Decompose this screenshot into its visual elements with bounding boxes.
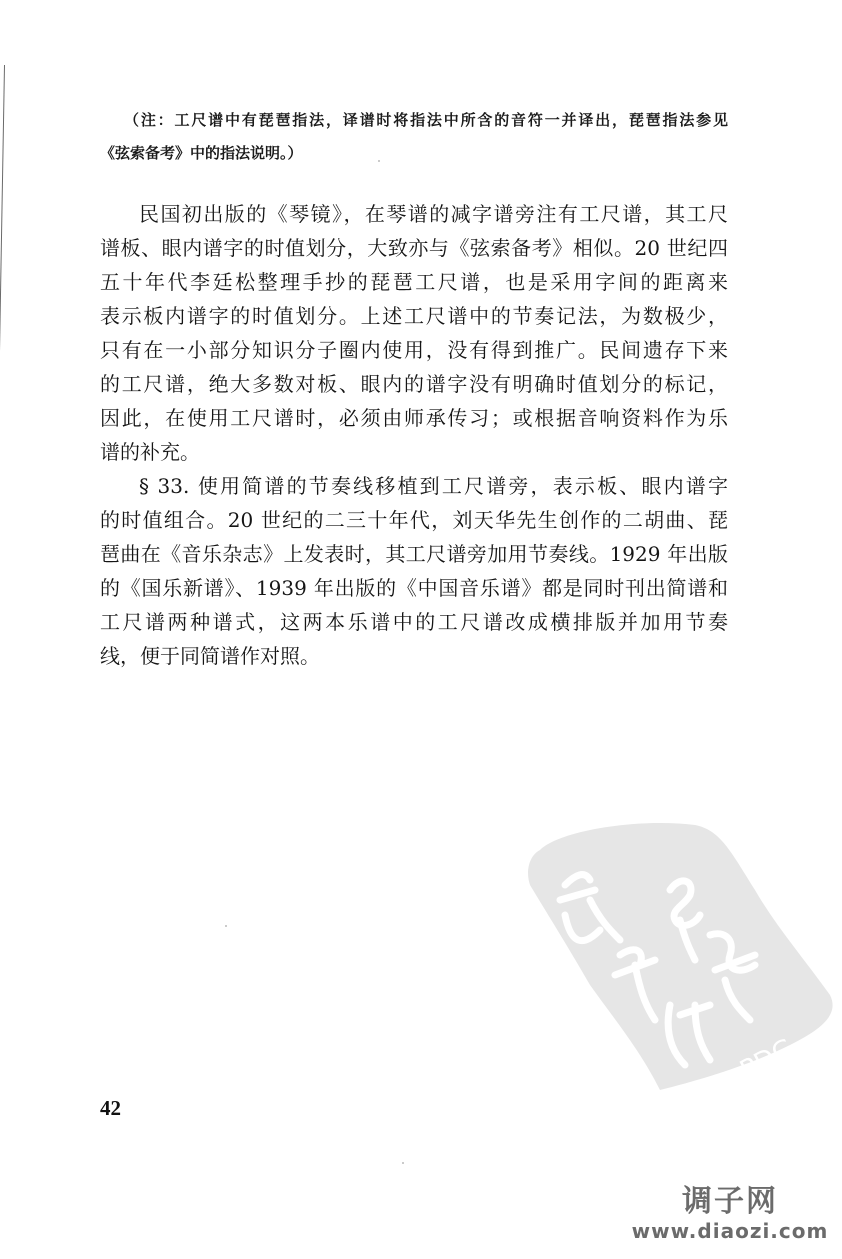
page-number: 42 [100,1096,121,1121]
page-binding-edge [0,65,5,390]
library-seal-stamp: PDG [520,790,842,1090]
text-line: 民国初出版的《琴镜》，在琴谱的减字谱旁注有工尺谱，其工尺 [100,197,728,231]
text-line: 的《国乐新谱》、1939 年出版的《中国音乐谱》都是同时刊出简谱和 [100,571,728,605]
footnote: （注：工尺谱中有琵琶指法，译谱时将指法中所含的音符一并译出，琵琶指法参见 《弦索… [100,104,728,170]
text-line: 工尺谱两种谱式，这两本乐谱中的工尺谱改成横排版并加用节奏 [100,605,728,639]
scan-artifact [402,1162,404,1164]
paragraph: 民国初出版的《琴镜》，在琴谱的减字谱旁注有工尺谱，其工尺 谱板、眼内谱字的时值划… [100,197,728,469]
text-line: 表示板内谱字的时值划分。上述工尺谱中的节奏记法，为数极少， [100,299,728,333]
body-text: 民国初出版的《琴镜》，在琴谱的减字谱旁注有工尺谱，其工尺 谱板、眼内谱字的时值划… [100,197,728,673]
scan-artifact [225,925,227,927]
site-watermark: 调子网 www.diaozi.com [630,1185,830,1243]
text-line: 谱的补充。 [100,435,728,469]
footnote-line: （注：工尺谱中有琵琶指法，译谱时将指法中所含的音符一并译出，琵琶指法参见 [100,104,728,137]
section-heading-line: § 33. 使用简谱的节奏线移植到工尺谱旁，表示板、眼内谱字 [100,469,728,503]
text-line: 线，便于同简谱作对照。 [100,639,728,673]
paragraph-section-33: § 33. 使用简谱的节奏线移植到工尺谱旁，表示板、眼内谱字 的时值组合。20 … [100,469,728,673]
text-line: 琶曲在《音乐杂志》上发表时，其工尺谱旁加用节奏线。1929 年出版 [100,537,728,571]
text-line: 的时值组合。20 世纪的二三十年代，刘天华先生创作的二胡曲、琵 [100,503,728,537]
text-line: 的工尺谱，绝大多数对板、眼内的谱字没有明确时值划分的标记， [100,367,728,401]
scan-artifact [378,160,380,162]
text-line: 因此，在使用工尺谱时，必须由师承传习；或根据音响资料作为乐 [100,401,728,435]
text-line: 只有在一小部分知识分子圈内使用，没有得到推广。民间遗存下来 [100,333,728,367]
watermark-brand: 调子网 [630,1185,830,1219]
text-line: 五十年代李廷松整理手抄的琵琶工尺谱，也是采用字间的距离来 [100,265,728,299]
footnote-line: 《弦索备考》中的指法说明。） [100,137,728,170]
watermark-url: www.diaozi.com [630,1219,830,1243]
text-line: 谱板、眼内谱字的时值划分，大致亦与《弦索备考》相似。20 世纪四 [100,231,728,265]
